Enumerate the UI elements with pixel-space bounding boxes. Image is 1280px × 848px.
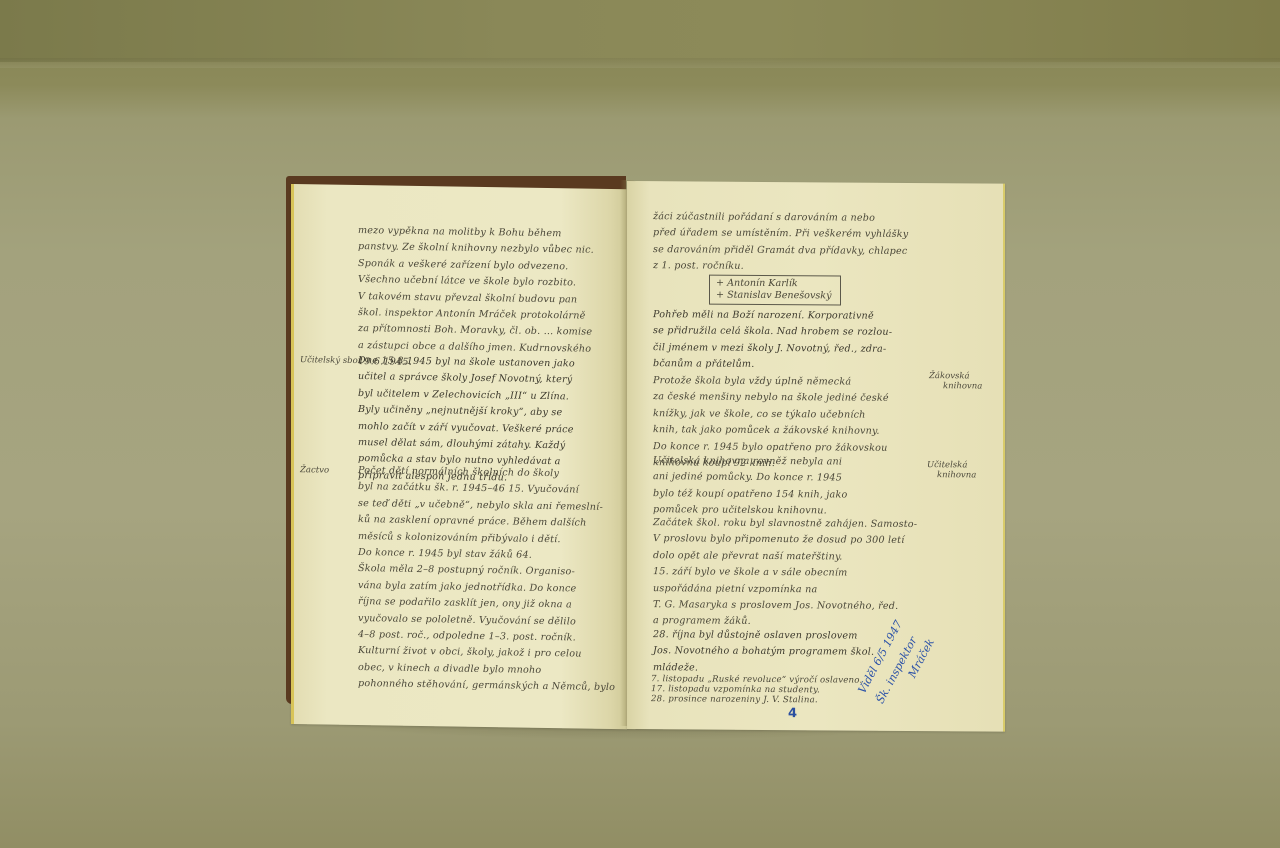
paragraph-school-year-start: Začátek škol. roku byl slavnostně zaháje… <box>653 515 917 632</box>
text-line: knížky, jak ve škole, co se týkalo učebn… <box>653 406 889 424</box>
left-page: mezo vypěkna na molitby k Bohu během pan… <box>291 184 627 729</box>
margin-label-line: Žákovská <box>929 371 970 381</box>
backdrop-fold <box>0 58 1280 68</box>
text-line: před úřadem se umístěním. Při veškerém v… <box>653 226 908 244</box>
text-line: V proslovu bylo připomenuto že dosud po … <box>653 532 917 550</box>
page-number: 4 <box>788 706 797 721</box>
text-line: se darováním přiděl Gramát dva přídavky,… <box>653 242 908 260</box>
text-line: T. G. Masaryka s proslovem Jos. Novotnéh… <box>653 597 917 615</box>
right-page-top-text: žáci zúčastnili pořádaní s darováním a n… <box>653 209 908 276</box>
text-line: Pohřeb měli na Boží narození. Korporativ… <box>653 307 892 325</box>
margin-label-teaching-staff: Učitelský sbor <box>300 355 362 366</box>
text-line: knih, tak jako pomůcek a žákovské knihov… <box>653 422 889 440</box>
text-line: bylo též koupí opatřeno 154 knih, jako <box>653 486 847 504</box>
text-line: žáci zúčastnili pořádaní s darováním a n… <box>653 209 908 227</box>
text-line: 28. prosince narozeniny J. V. Stalina. <box>651 695 862 706</box>
paragraph-october-28: 28. října byl důstojně oslaven proslovem… <box>653 627 874 678</box>
backdrop-upper-band <box>0 0 1280 62</box>
text-line: uspořádána pietní vzpomínka na <box>653 581 917 599</box>
margin-label-pupil-library: Žákovská knihovna <box>929 371 982 391</box>
memorial-name: + Antonín Karlík <box>716 278 832 291</box>
memorial-name: + Stanislav Benešovský <box>716 290 832 303</box>
text-line: čil jménem v mezi školy J. Novotný, řed.… <box>653 340 892 358</box>
text-line: 28. října byl důstojně oslaven proslovem <box>653 627 874 645</box>
memorial-names-box: + Antonín Karlík + Stanislav Benešovský <box>709 275 841 306</box>
margin-label-line: knihovna <box>937 470 976 480</box>
paragraph-teacher-library: Učitelská knihovna rovněž nebyla ani ani… <box>653 453 847 520</box>
margin-label-pupils: Žactvo <box>300 465 329 475</box>
text-line: za české menšiny nebylo na škole jediné … <box>653 390 889 408</box>
margin-label-line: knihovna <box>943 381 982 391</box>
text-line: ani jediné pomůcky. Do konce r. 1945 <box>653 470 847 488</box>
text-line: Začátek škol. roku byl slavnostně zaháje… <box>653 515 917 533</box>
right-page: žáci zúčastnili pořádaní s darováním a n… <box>627 181 1005 732</box>
paragraph-funeral: Pohřeb měli na Boží narození. Korporativ… <box>653 307 892 374</box>
text-line: dolo opět ale převrat naší mateřštiny. <box>653 548 917 566</box>
text-line: Jos. Novotného a bohatým programem škol. <box>653 644 874 662</box>
text-line: 15. září bylo ve škole a v sále obecním <box>653 564 917 582</box>
section-pupils: Počet dětí normálních školních do školy … <box>358 463 615 697</box>
text-line: Učitelská knihovna rovněž nebyla ani <box>653 453 847 471</box>
text-line: Protože škola byla vždy úplně německá <box>653 373 889 391</box>
text-line: se přidružila celá škola. Nad hrobem se … <box>653 324 892 342</box>
left-page-top-text: mezo vypěkna na molitby k Bohu během pan… <box>358 223 594 374</box>
margin-label-teacher-library: Učitelská knihovna <box>927 460 976 480</box>
text-line: pohonného stěhování, germánských a Němců… <box>358 676 615 696</box>
margin-label-line: Učitelská <box>927 460 967 470</box>
text-line: bčanům a přátelům. <box>653 356 892 374</box>
small-notes: 7. listopadu „Ruské revoluce“ výročí osl… <box>651 675 862 706</box>
text-line: z 1. post. ročníku. <box>653 258 908 276</box>
